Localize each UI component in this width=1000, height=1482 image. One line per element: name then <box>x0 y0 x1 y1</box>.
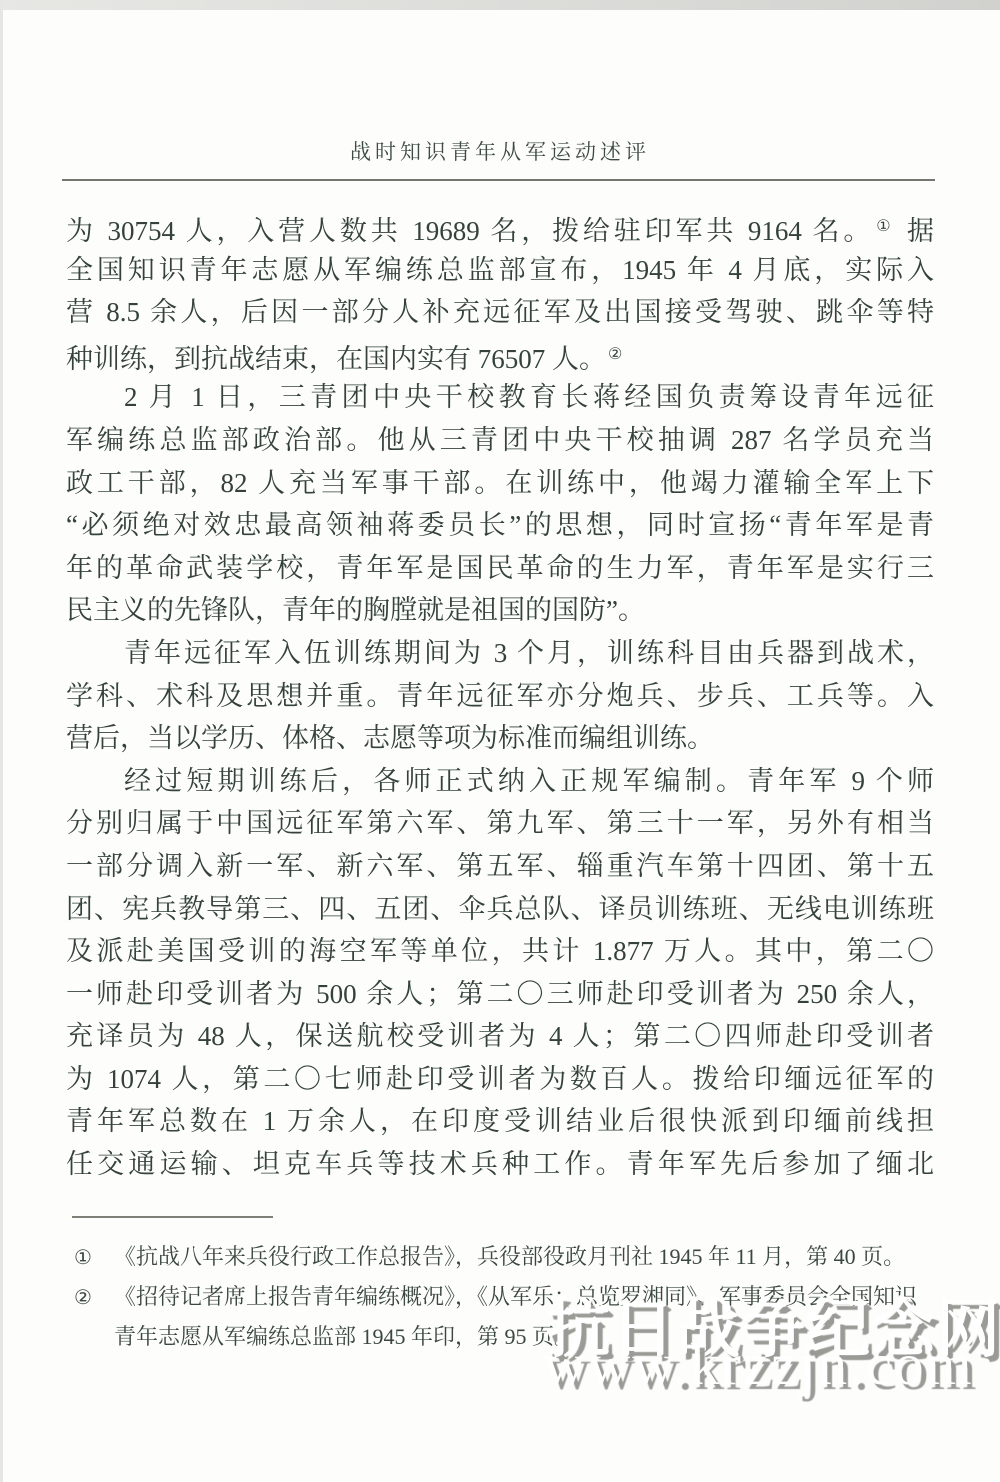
text-line: 民主义的先锋队，青年的胸膛就是祖国的国防”。 <box>66 589 934 632</box>
text-line: 全国知识青年志愿从军编练总监部宣布，1945 年 4 月底，实际入 <box>66 249 934 292</box>
text-line: 政工干部，82 人充当军事干部。在训练中，他竭力灌输全军上下 <box>66 462 934 505</box>
text-line: “必须绝对效忠最高领袖蒋委员长”的思想，同时宣扬“青年军是青 <box>66 504 934 547</box>
text-line: 团、宪兵教导第三、四、五团、伞兵总队、译员训练班、无线电训练班 <box>66 888 934 931</box>
text-line: 营 8.5 余人，后因一部分人补充远征军及出国接受驾驶、跳伞等特 <box>66 291 934 334</box>
footnote-marker: ① <box>74 1238 114 1278</box>
footnote-line: ①《抗战八年来兵役行政工作总报告》，兵役部役政月刊社 1945 年 11 月，第… <box>74 1237 940 1277</box>
text-line: 营后，当以学历、体格、志愿等项为标准而编组训练。 <box>66 717 934 760</box>
text-line: 学科、术科及思想并重。青年远征军亦分炮兵、步兵、工兵等。入 <box>66 675 934 718</box>
text-line: 为 30754 人，入营人数共 19689 名，拨给驻印军共 9164 名。① … <box>66 206 934 249</box>
text-line: 2 月 1 日，三青团中央干校教育长蒋经国负责筹设青年远征 <box>66 376 934 419</box>
text-line: 种训练，到抗战结束，在国内实有 76507 人。② <box>66 334 934 377</box>
footnote-ref: ① <box>874 218 896 235</box>
footnote-line: 青年志愿从军编练总监部 1945 年印，第 95 页。 <box>74 1317 940 1357</box>
text-line: 青年军总数在 1 万余人，在印度受训结业后很快派到印缅前线担 <box>66 1100 934 1143</box>
footnote-marker: ② <box>74 1278 114 1318</box>
text-line: 一部分调入新一军、新六军、第五军、辎重汽车第十四团、第十五 <box>66 845 934 888</box>
text-line: 年的革命武装学校，青年军是国民革命的生力军，青年军是实行三 <box>66 547 934 590</box>
text-line: 青年远征军入伍训练期间为 3 个月，训练科目由兵器到战术， <box>66 632 934 675</box>
text-line: 经过短期训练后，各师正式纳入正规军编制。青年军 9 个师 <box>66 760 934 803</box>
scan-edge-left <box>0 0 3 1482</box>
text-line: 为 1074 人，第二〇七师赴印受训者为数百人。拨给印缅远征军的 <box>66 1058 934 1101</box>
scan-edge-top <box>0 0 1000 10</box>
text-line: 分别归属于中国远征军第六军、第九军、第三十一军，另外有相当 <box>66 802 934 845</box>
footnotes: ①《抗战八年来兵役行政工作总报告》，兵役部役政月刊社 1945 年 11 月，第… <box>74 1237 940 1357</box>
text-line: 充译员为 48 人，保送航校受训者为 4 人；第二〇四师赴印受训者 <box>66 1015 934 1058</box>
text-line: 及派赴美国受训的海空军等单位，共计 1.877 万人。其中，第二〇 <box>66 930 934 973</box>
footnote-text: 青年志愿从军编练总监部 1945 年印，第 95 页。 <box>114 1324 576 1349</box>
header-rule <box>62 179 935 181</box>
text-line: 一师赴印受训者为 500 余人；第二〇三师赴印受训者为 250 余人， <box>66 973 934 1016</box>
footnote-ref: ② <box>606 346 624 363</box>
text-line: 任交通运输、坦克车兵等技术兵种工作。青年军先后参加了缅北 <box>66 1143 934 1186</box>
footnote-separator <box>72 1216 273 1218</box>
body-text: 为 30754 人，入营人数共 19689 名，拨给驻印军共 9164 名。① … <box>66 206 934 1186</box>
footnote-text: 《招待记者席上报告青年编练概况》，《从军乐：总览罗湘同》、军事委员会全国知识 <box>114 1284 917 1309</box>
text-line: 军编练总监部政治部。他从三青团中央干校抽调 287 名学员充当 <box>66 419 934 462</box>
book-page: 战时知识青年从军运动述评 为 30754 人，入营人数共 19689 名，拨给驻… <box>0 0 1000 1482</box>
footnote-text: 《抗战八年来兵役行政工作总报告》，兵役部役政月刊社 1945 年 11 月，第 … <box>114 1244 905 1269</box>
page-title: 战时知识青年从军运动述评 <box>66 136 934 166</box>
footnote-line: ②《招待记者席上报告青年编练概况》，《从军乐：总览罗湘同》、军事委员会全国知识 <box>74 1277 940 1317</box>
